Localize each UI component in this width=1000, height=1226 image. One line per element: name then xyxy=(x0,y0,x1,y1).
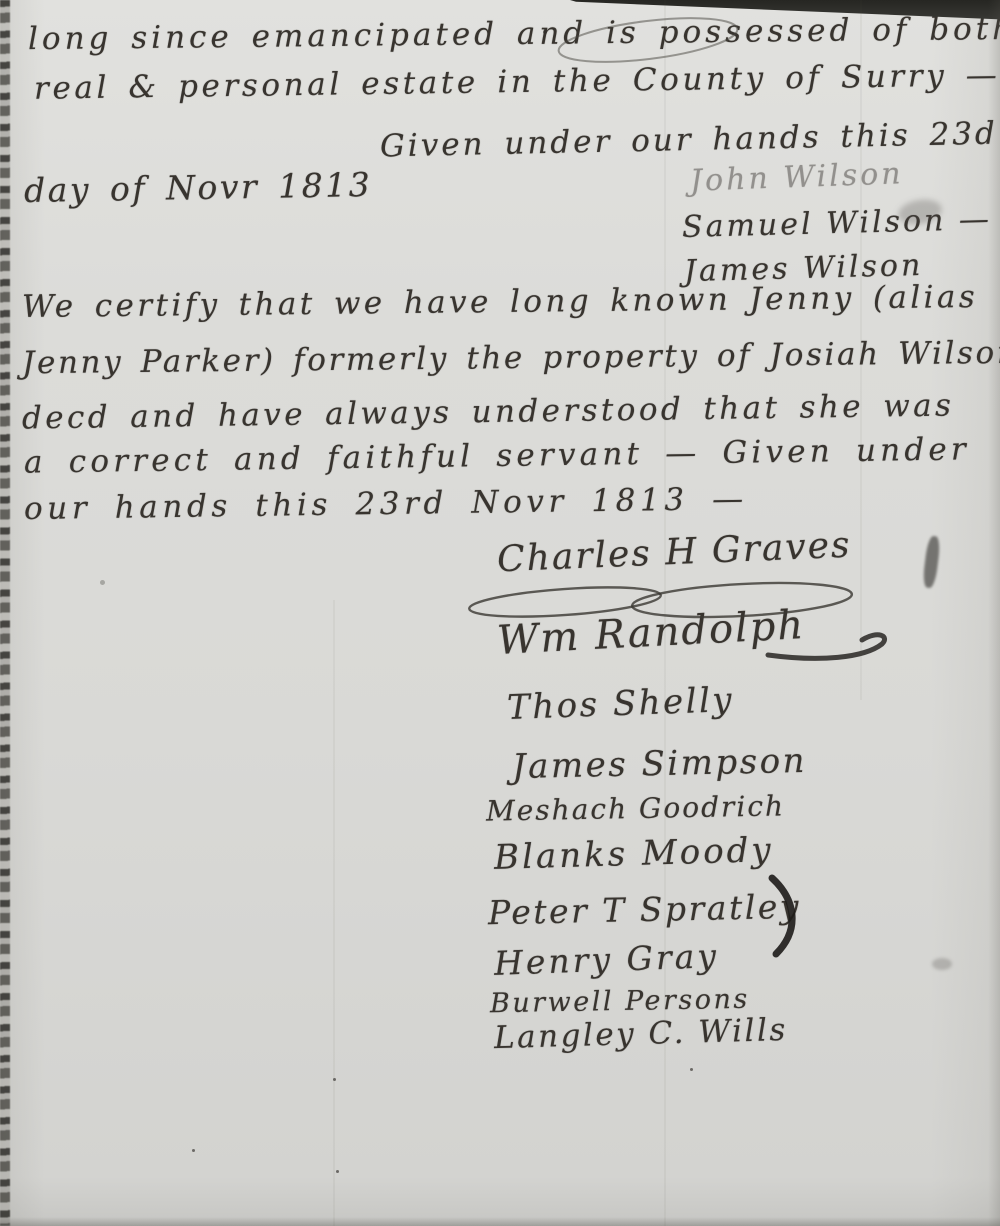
signature-samuel-wilson: Samuel Wilson — xyxy=(682,202,993,245)
manuscript-page: long since emancipated and is possessed … xyxy=(0,0,1000,1226)
para2-line-4: a correct and faithful servant — Given u… xyxy=(24,431,970,480)
signature-langley-c-wills: Langley C. Wills xyxy=(494,1012,789,1056)
signature-peter-t-spratley: Peter T Spratley xyxy=(488,887,802,933)
paper-speck xyxy=(690,1068,693,1071)
shaded-right-edge xyxy=(988,0,1000,1226)
para1-line-2: real & personal estate in the County of … xyxy=(34,57,1000,106)
para1-line-1: long since emancipated and is possessed … xyxy=(28,11,1000,57)
torn-left-edge xyxy=(0,0,10,1226)
paper-speck xyxy=(333,1078,336,1081)
signature-charles-h-graves: Charles H Graves xyxy=(496,525,852,581)
para2-line-1: We certify that we have long known Jenny… xyxy=(22,279,978,325)
ink-smudge xyxy=(922,535,941,588)
signature-james-simpson: James Simpson xyxy=(512,741,808,787)
para2-line-5: our hands this 23rd Novr 1813 — xyxy=(24,481,748,527)
signature-john-wilson: John Wilson xyxy=(689,156,904,198)
attestation1-line-1: Given under our hands this 23d xyxy=(380,116,998,165)
paper-speck xyxy=(336,1170,339,1173)
signature-thos-shelly: Thos Shelly xyxy=(506,680,734,728)
signature-blanks-moody: Blanks Moody xyxy=(493,830,774,878)
signature-henry-gray: Henry Gray xyxy=(493,936,719,983)
paper-speck xyxy=(100,580,105,585)
attestation1-line-2: day of Novr 1813 xyxy=(24,165,373,210)
signature-meshach-goodrich: Meshach Goodrich xyxy=(486,789,786,827)
paper-speck xyxy=(543,30,547,34)
paper-fold-line xyxy=(333,600,335,1226)
signature-wm-randolph: Wm Randolph xyxy=(496,602,806,664)
paper-speck xyxy=(192,1149,195,1152)
paper-fold-line xyxy=(664,0,666,1226)
para2-line-2: Jenny Parker) formerly the property of J… xyxy=(22,335,1000,381)
paper-fold-line xyxy=(860,0,862,700)
para2-line-3: decd and have always understood that she… xyxy=(22,387,955,436)
ink-smudge xyxy=(932,958,952,970)
dark-bottom-edge xyxy=(0,1217,1000,1226)
